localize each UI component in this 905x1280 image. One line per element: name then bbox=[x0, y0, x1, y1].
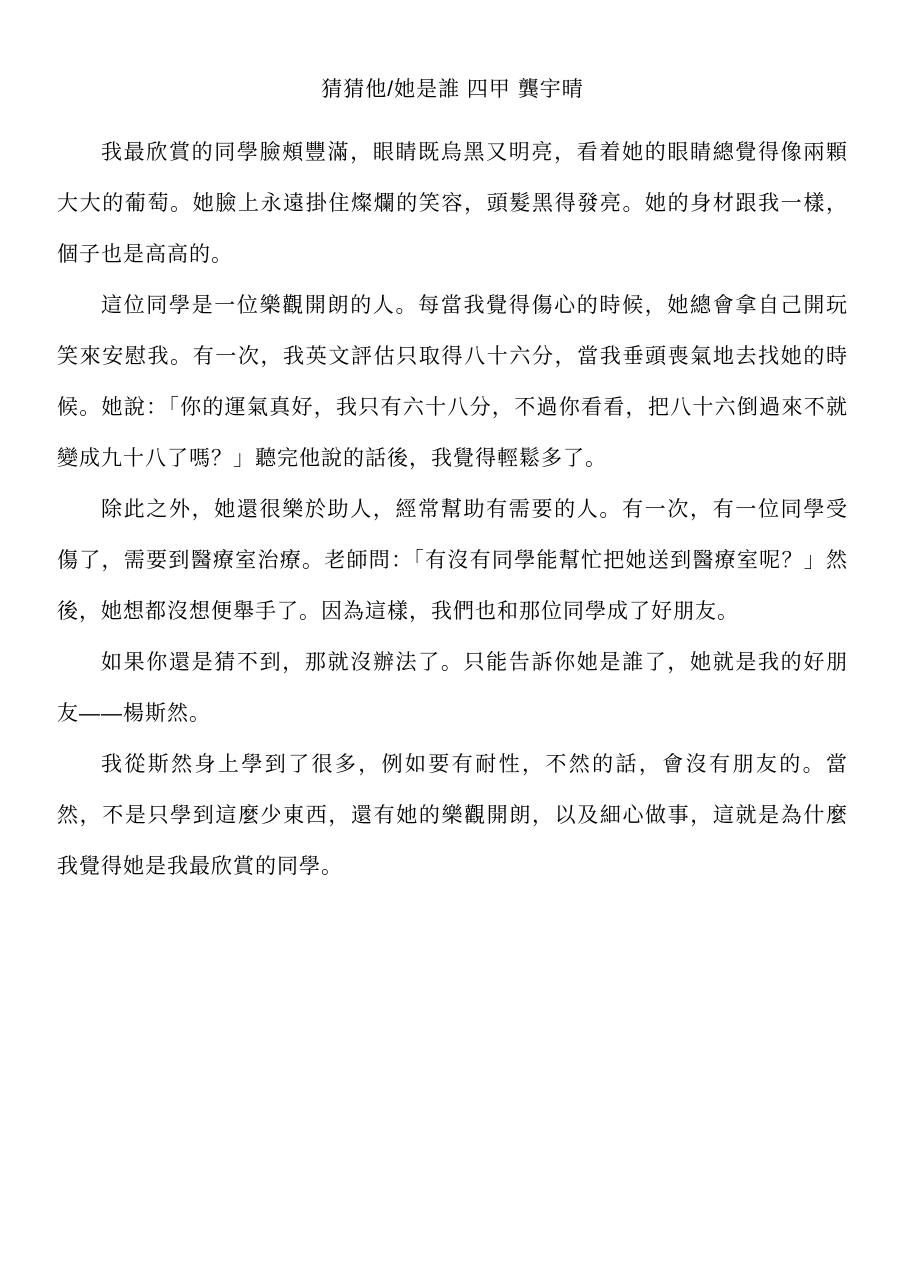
essay-paragraph-3: 除此之外，她還很樂於助人，經常幫助有需要的人。有一次，有一位同學受傷了，需要到醫… bbox=[57, 484, 848, 637]
document-content: 猜猜他/她是誰 四甲 龔宇晴 我最欣賞的同學臉頰豐滿，眼睛既烏黑又明亮，看着她的… bbox=[0, 0, 905, 892]
essay-paragraph-4: 如果你還是猜不到，那就沒辦法了。只能告訴你她是誰了，她就是我的好朋友——楊斯然。 bbox=[57, 637, 848, 739]
essay-paragraph-2: 這位同學是一位樂觀開朗的人。每當我覺得傷心的時候，她總會拿自己開玩笑來安慰我。有… bbox=[57, 280, 848, 484]
essay-paragraph-5: 我從斯然身上學到了很多，例如要有耐性，不然的話，會沒有朋友的。當然，不是只學到這… bbox=[57, 739, 848, 892]
essay-title: 猜猜他/她是誰 四甲 龔宇晴 bbox=[57, 64, 848, 115]
essay-paragraph-1: 我最欣賞的同學臉頰豐滿，眼睛既烏黑又明亮，看着她的眼睛總覺得像兩顆大大的葡萄。她… bbox=[57, 127, 848, 280]
document-page: 猜猜他/她是誰 四甲 龔宇晴 我最欣賞的同學臉頰豐滿，眼睛既烏黑又明亮，看着她的… bbox=[0, 0, 905, 1280]
